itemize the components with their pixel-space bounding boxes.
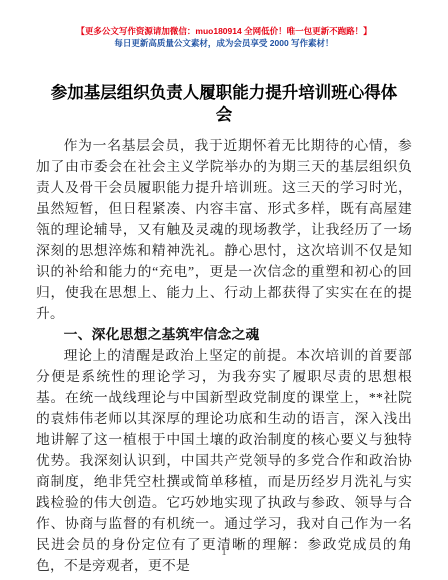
paragraph-intro: 作为一名基层会员，我于近期怀着无比期待的心情，参加了由市委会在社会主义学院举办的… [36,135,412,324]
page-number: 1 [0,546,448,558]
promo-line-1: 【更多公文写作资源请加微信：muo180914 全网低价！唯一包更新不跑路！】 [0,25,448,37]
document-title: 参加基层组织负责人履职能力提升培训班心得体会 [48,83,400,126]
document-page: 【更多公文写作资源请加微信：muo180914 全网低价！唯一包更新不跑路！】 … [0,0,448,580]
document-body: 作为一名基层会员，我于近期怀着无比期待的心情，参加了由市委会在社会主义学院举办的… [0,135,448,576]
promo-banner: 【更多公文写作资源请加微信：muo180914 全网低价！唯一包更新不跑路！】 … [0,0,448,49]
section-heading-1: 一、深化思想之基筑牢信念之魂 [36,324,412,345]
paragraph-section-1: 理论上的清醒是政治上坚定的前提。本次培训的首要部分便是系统性的理论学习，为我夯实… [36,345,412,576]
promo-line-2: 每日更新高质量公文素材，成为会员享受 2000 写作素材！ [0,37,448,49]
